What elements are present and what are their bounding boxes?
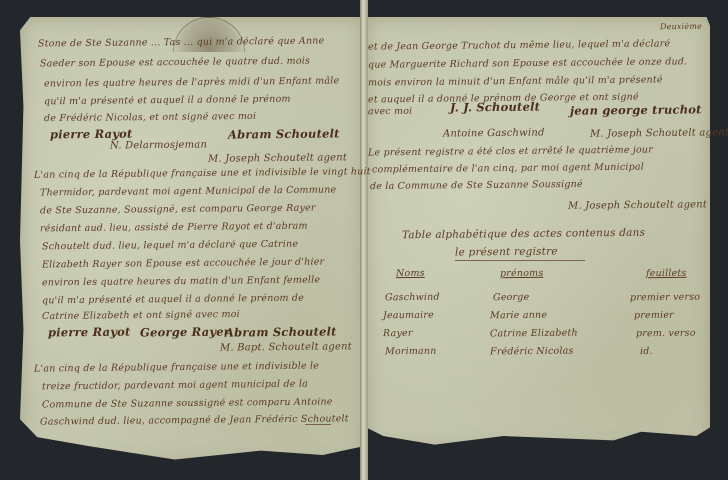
signature-antoine-gaschwind: Antoine Gaschwind	[443, 127, 545, 139]
table-row-4-nom: Morimann	[385, 346, 437, 358]
signature-george-rayer: George Rayer	[140, 325, 230, 340]
signature-abram-schoutelt-2: Abram Schoutelt	[225, 324, 337, 339]
table-header-noms: Noms	[396, 268, 425, 279]
right-line-5: avec moi	[368, 106, 412, 117]
signature-delarmosjeman: N. Delarmosjeman	[110, 139, 207, 151]
left-entry2-line-9: Catrine Elizabeth et ont signé avec moi	[42, 309, 240, 322]
agent-signature: M. Joseph Schoutelt agent	[208, 152, 347, 164]
table-header-feuillets: feuillets	[646, 268, 687, 279]
table-row-4-feuillet: id.	[640, 346, 653, 357]
title-underline	[455, 260, 585, 261]
table-title-line-1: Table alphabétique des actes contenus da…	[402, 227, 645, 242]
table-row-3-nom: Rayer	[383, 328, 413, 339]
table-row-2-nom: Jeaumaire	[383, 310, 434, 322]
table-row-3-prenom: Catrine Elizabeth	[490, 328, 578, 340]
table-row-4-prenom: Frédéric Nicolas	[490, 346, 574, 358]
table-header-prenoms: prénoms	[500, 268, 543, 279]
table-row-3-feuillet: prem. verso	[636, 328, 696, 340]
table-title-line-2: le présent registre	[455, 245, 558, 258]
table-row-1-feuillet: premier verso	[630, 292, 700, 304]
signature-jean-george-truchot: jean george truchot	[570, 102, 702, 117]
left-line-5: de Frédéric Nicolas, et ont signé avec m…	[44, 111, 256, 124]
agent-signature-2: M. Bapt. Schoutelt agent	[220, 341, 352, 353]
agent-signature-right: M. Joseph Schoutelt agent	[590, 127, 728, 139]
table-row-2-prenom: Marie anne	[490, 310, 547, 322]
book-binding-fold	[360, 0, 368, 480]
agent-signature-closing: M. Joseph Schoutelt agent	[568, 199, 707, 211]
closing-line-3: de la Commune de Ste Suzanne Soussigné	[370, 179, 583, 192]
flourish-rule	[305, 424, 331, 425]
corner-note: Deuxième	[660, 22, 702, 31]
signature-jj-schoutelt: J. J. Schoutelt	[450, 100, 540, 115]
signature-abram-schoutelt: Abram Schoutelt	[228, 126, 340, 141]
table-row-1-prenom: George	[493, 292, 530, 303]
table-row-2-feuillet: premier	[634, 310, 674, 321]
signature-pierre-rayot: pierre Rayot	[50, 127, 133, 142]
table-row-1-nom: Gaschwind	[385, 292, 440, 304]
signature-pierre-rayot-2: pierre Rayot	[48, 325, 131, 340]
